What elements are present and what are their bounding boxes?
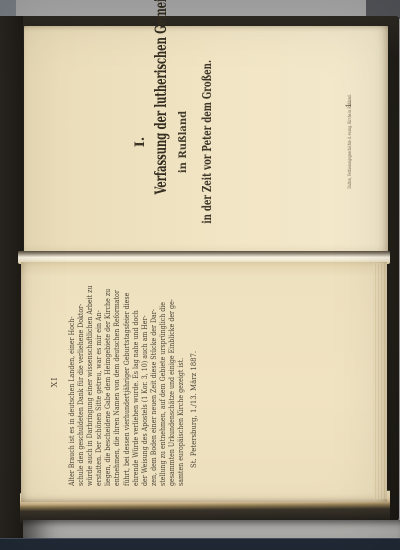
chapter-title-text: Verfassung der lutherischen Gemeinden xyxy=(151,0,170,195)
paragraph-line-text: schule den geschuldeten Dank für die ver… xyxy=(76,304,85,486)
paragraph-line-text: samten europäischen Kirche gezeigt ist. xyxy=(176,358,185,486)
paragraph-line-text: würde auch in Darbringung einer wissensc… xyxy=(85,285,94,486)
dateline: St. Petersburg, 1./13. März 1887. xyxy=(189,341,198,468)
paragraph-line: führt, bei dessen vierhundertjähriger Ge… xyxy=(122,276,131,486)
paragraph-line: würde auch in Darbringung einer wissensc… xyxy=(85,276,94,486)
paragraph-line-text: Alter Brauch ist es in deutschen Landen,… xyxy=(67,316,76,486)
book-cover-left-edge xyxy=(0,16,23,546)
chapter-subtitle-region: in Rußland xyxy=(178,27,189,258)
paragraph-line-text: entnehmen, die ihren Namen von dem deuts… xyxy=(112,290,121,486)
imprint-footnote: Dalton, Verfassungsgeschichte d. evang. … xyxy=(347,27,353,258)
dateline-text: St. Petersburg, 1./13. März 1887. xyxy=(189,351,198,468)
imprint-footnote-text: Dalton, Verfassungsgeschichte d. evang. … xyxy=(347,95,353,189)
paragraph-line: der Weisung des Apostels (1 Kor. 3, 10) … xyxy=(140,276,149,486)
photo-bottom-band xyxy=(0,538,400,550)
paragraph-line: ehrende Würde verliehen wurde. Es lag na… xyxy=(131,276,140,486)
paragraph-line-text: erstatten. Der schönen Sitte getreu, war… xyxy=(94,310,103,486)
chapter-numeral: I. xyxy=(133,27,148,258)
chapter-subtitle-period-text: in der Zeit vor Peter dem Großen. xyxy=(200,60,214,224)
paragraph-line: gesammten Urkundenschätze und einige Ein… xyxy=(167,276,176,486)
paragraph-line: entnehmen, die ihren Namen von dem deuts… xyxy=(112,276,121,486)
preface-page-content: XI Alter Brauch ist es in deutschen Land… xyxy=(22,262,386,502)
paragraph-line: stellung zu entnehmen, auf dem Gebiete u… xyxy=(158,276,167,486)
paragraph-line: zen, dem Boden einer neuen Zeit diese St… xyxy=(149,276,158,486)
fore-edge-right xyxy=(373,263,387,499)
paragraph-line-text: zen, dem Boden einer neuen Zeit diese St… xyxy=(149,309,158,486)
paragraph-line-text: gesammten Urkundenschätze und einige Ein… xyxy=(167,299,176,486)
paragraph-line: liegen, die bescheidene Gabe dem Heimgeb… xyxy=(103,276,112,486)
title-page-content: I. Verfassung der lutherischen Gemeinden… xyxy=(24,27,388,258)
book-photo: I. Verfassung der lutherischen Gemeinden… xyxy=(0,0,400,550)
preface-paragraph: Alter Brauch ist es in deutschen Landen,… xyxy=(67,276,185,486)
chapter-subtitle-period: in der Zeit vor Peter dem Großen. xyxy=(200,27,214,258)
paragraph-line: samten europäischen Kirche gezeigt ist. xyxy=(176,276,185,486)
paragraph-line-text: der Weisung des Apostels (1 Kor. 3, 10) … xyxy=(140,315,149,486)
background-bottom-strip xyxy=(23,520,400,539)
preface-page: XI Alter Brauch ist es in deutschen Land… xyxy=(21,262,387,502)
chapter-title: Verfassung der lutherischen Gemeinden xyxy=(151,27,170,258)
paragraph-line-text: führt, bei dessen vierhundertjähriger Ge… xyxy=(122,293,131,486)
paragraph-line-text: liegen, die bescheidene Gabe dem Heimgeb… xyxy=(103,289,112,486)
page-number: XI xyxy=(50,262,59,502)
paragraph-line-text: stellung zu entnehmen, auf dem Gebiete u… xyxy=(158,302,167,486)
title-page: I. Verfassung der lutherischen Gemeinden… xyxy=(24,26,388,258)
paragraph-line: schule den geschuldeten Dank für die ver… xyxy=(76,276,85,486)
signature-mark: 1. xyxy=(345,101,353,108)
paragraph-line: erstatten. Der schönen Sitte getreu, war… xyxy=(94,276,103,486)
paragraph-line: Alter Brauch ist es in deutschen Landen,… xyxy=(67,276,76,486)
paragraph-line-text: ehrende Würde verliehen wurde. Es lag na… xyxy=(131,310,140,486)
